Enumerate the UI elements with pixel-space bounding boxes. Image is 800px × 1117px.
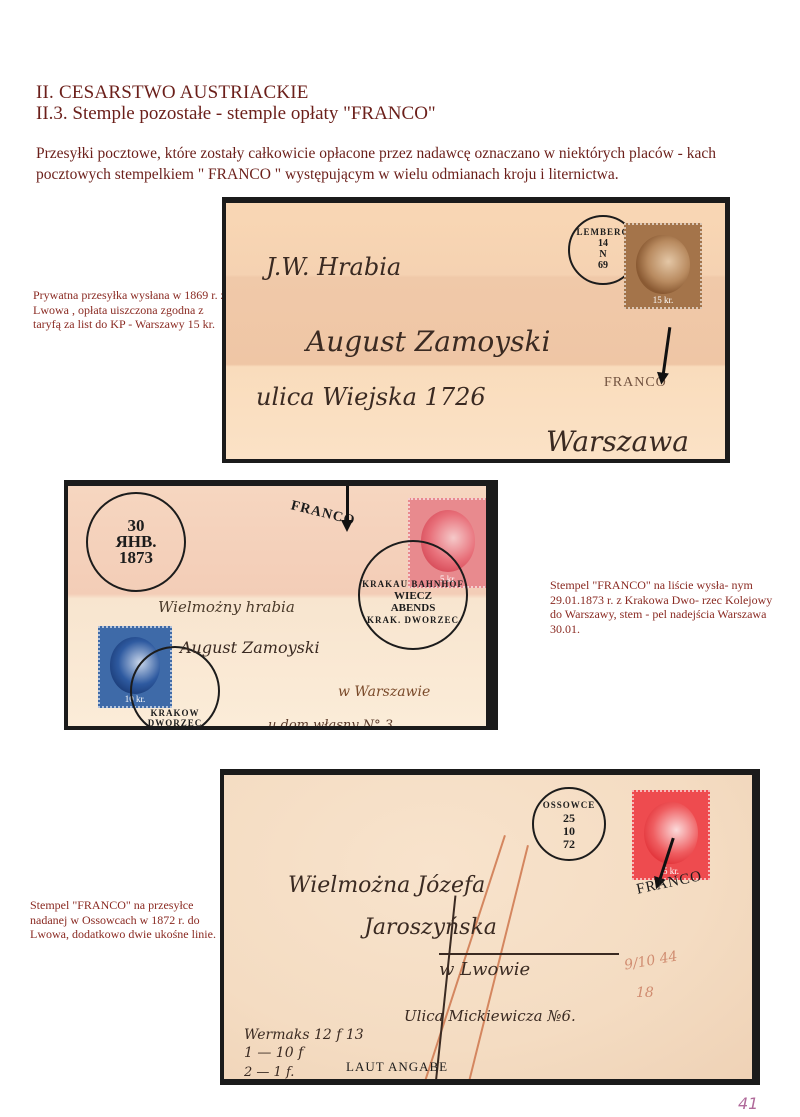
postmark-ring-bottom: KRAK. DWORZEC xyxy=(360,614,466,626)
stamp-15kr-brown: 15 kr. xyxy=(624,223,702,309)
postmark-ossowce: OSSOWCE 25 10 72 xyxy=(532,787,606,861)
address-line: w Lwowie xyxy=(439,959,530,980)
arrow-pointer-icon xyxy=(662,327,672,375)
stamp-value: 15 kr. xyxy=(626,295,700,305)
envelope-3: OSSOWCE 25 10 72 5 kr. FRANCO Wielmożna … xyxy=(224,775,752,1079)
envelope-1-mount: LEMBERG 14 N 69 15 kr. J.W. Hrabia Augus… xyxy=(222,197,730,463)
intro-paragraph: Przesyłki pocztowe, które zostały całkow… xyxy=(36,143,776,185)
address-line: u dom własny N° 3 xyxy=(268,718,393,726)
postmark-line: WIECZ xyxy=(360,590,466,602)
caption-item-2: Stempel "FRANCO" na liście wysła- nym 29… xyxy=(550,578,780,636)
handwritten-note: 1 — 10 f xyxy=(244,1045,303,1061)
stamp-5kr-red: 5 kr. xyxy=(632,790,710,880)
address-line: Wielmożna Józefa xyxy=(288,873,485,898)
envelope-3-mount: OSSOWCE 25 10 72 5 kr. FRANCO Wielmożna … xyxy=(220,769,760,1085)
handwritten-note: Wermaks 12 f 13 xyxy=(244,1027,364,1043)
address-line: ulica Wiejska 1726 xyxy=(256,383,486,411)
postmark-ring-text: KRAKOW DWORZEC xyxy=(132,708,218,726)
address-line: Warszawa xyxy=(546,425,689,458)
postmark-year: 1873 xyxy=(88,550,184,566)
envelope-2: 30 ЯНВ. 1873 FRANCO 5 kr. KRAKAU BAHNHOF… xyxy=(68,486,486,726)
address-line: August Zamoyski xyxy=(306,325,550,358)
address-line: Ulica Mickiewicza №6. xyxy=(404,1007,576,1025)
postmark-year: 72 xyxy=(534,838,604,851)
postmark-krakow-dworzec: KRAKOW DWORZEC xyxy=(130,646,220,726)
stamp-portrait xyxy=(636,235,689,294)
address-line: Jaroszyńska xyxy=(364,915,497,940)
ink-underline xyxy=(439,953,619,955)
caption-item-3: Stempel "FRANCO" na przesyłce nadanej w … xyxy=(30,898,230,942)
address-line: August Zamoyski xyxy=(180,638,320,657)
red-diagonal-line xyxy=(417,835,505,1079)
postmark-krakau-bahnhof: KRAKAU BAHNHOF WIECZ ABENDS KRAK. DWORZE… xyxy=(358,540,468,650)
chapter-title: II. CESARSTWO AUSTRIACKIE xyxy=(36,82,309,104)
postmark-line: ABENDS xyxy=(360,602,466,614)
address-line: J.W. Hrabia xyxy=(266,253,401,281)
envelope-1: LEMBERG 14 N 69 15 kr. J.W. Hrabia Augus… xyxy=(226,203,725,459)
section-title: II.3. Stemple pozostałe - stemple opłaty… xyxy=(36,103,436,125)
stamp-portrait xyxy=(644,802,697,864)
page-number: 41 xyxy=(738,1094,758,1113)
envelope-2-mount: 30 ЯНВ. 1873 FRANCO 5 kr. KRAKAU BAHNHOF… xyxy=(64,480,498,730)
address-line: w Warszawie xyxy=(338,684,430,700)
handwritten-note: 2 — 1 f. xyxy=(244,1065,294,1079)
laut-angabe-mark: LAUT ANGABE xyxy=(346,1059,448,1075)
pencil-note: 18 xyxy=(636,985,654,1001)
postmark-warszawa-arrival: 30 ЯНВ. 1873 xyxy=(86,492,186,592)
pencil-note: 9/10 44 xyxy=(623,948,679,973)
caption-item-1: Prywatna przesyłka wysłana w 1869 r. ze … xyxy=(33,288,233,332)
postmark-ring-text: KRAKAU BAHNHOF xyxy=(360,578,466,590)
address-line: Wielmożny hrabia xyxy=(158,598,295,616)
arrow-pointer-icon xyxy=(346,486,349,522)
